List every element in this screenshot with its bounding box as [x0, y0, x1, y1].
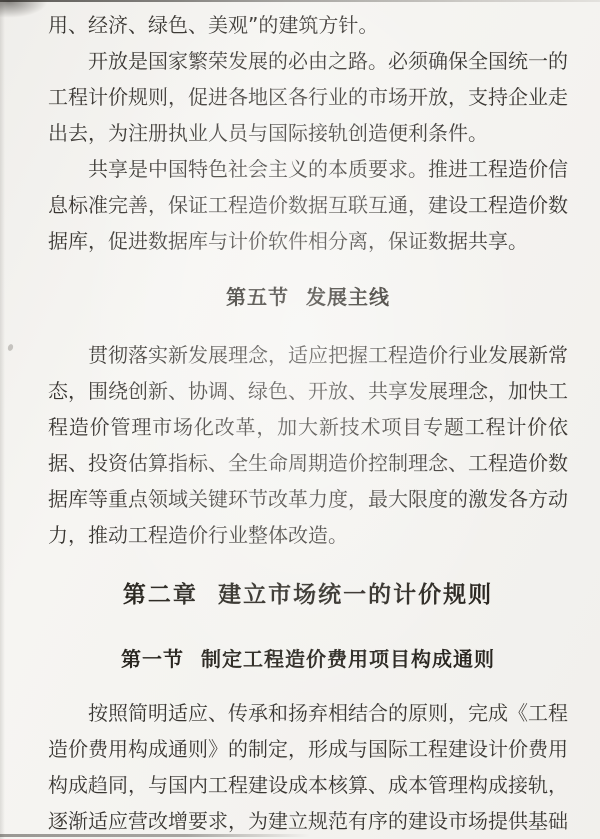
text-line: 共享是中国特色社会主义的本质要求。推进工程造价信: [48, 151, 568, 187]
text-line: 据、投资估算指标、全生命周期造价控制理念、工程造价数: [48, 445, 568, 481]
text-line: 逐渐适应营改增要求，为建立规范有序的建设市场提供基础: [48, 803, 568, 839]
text-line: 据库，促进数据库与计价软件相分离，保证数据共享。: [48, 223, 568, 259]
page-content: 用、经济、绿色、美观”的建筑方针。 开放是国家繁荣发展的必由之路。必须确保全国统…: [48, 0, 568, 839]
document-page: 用、经济、绿色、美观”的建筑方针。 开放是国家繁荣发展的必由之路。必须确保全国统…: [0, 0, 600, 839]
text-line: 造价费用构成通则》的制定，形成与国际工程建设计价费用: [48, 731, 568, 767]
scan-speck: [7, 343, 14, 351]
text-line: 态，围绕创新、协调、绿色、开放、共享发展理念，加快工: [48, 373, 568, 409]
text-line: 构成趋同，与国内工程建设成本核算、成本管理构成接轨，: [48, 767, 568, 803]
paragraph: 共享是中国特色社会主义的本质要求。推进工程造价信 息标准完善，保证工程造价数据互…: [48, 151, 568, 259]
heading-section-1: 第一节 制定工程造价费用项目构成通则: [48, 641, 568, 677]
heading-chapter-2: 第二章 建立市场统一的计价规则: [48, 575, 568, 615]
text-line: 贯彻落实新发展理念，适应把握工程造价行业发展新常: [48, 337, 568, 373]
text-line: 力，推动工程造价行业整体改造。: [48, 517, 568, 553]
text-line: 出去，为注册执业人员与国际接轨创造便利条件。: [48, 115, 568, 151]
paragraph: 按照简明适应、传承和扬弃相结合的原则，完成《工程 造价费用构成通则》的制定，形成…: [48, 695, 568, 839]
scan-edge-left: [0, 0, 5, 839]
text-line: 按照简明适应、传承和扬弃相结合的原则，完成《工程: [48, 695, 568, 731]
heading-section-5: 第五节 发展主线: [48, 279, 568, 315]
paragraph: 贯彻落实新发展理念，适应把握工程造价行业发展新常 态，围绕创新、协调、绿色、开放…: [48, 337, 568, 553]
scan-corner-smudge: [0, 0, 48, 18]
paragraph: 用、经济、绿色、美观”的建筑方针。: [48, 7, 568, 43]
text-line: 开放是国家繁荣发展的必由之路。必须确保全国统一的: [48, 43, 568, 79]
text-line: 程造价管理市场化改革，加大新技术项目专题工程计价依: [48, 409, 568, 445]
text-line: 据库等重点领域关键环节改革力度，最大限度的激发各方动: [48, 481, 568, 517]
text-line: 工程计价规则，促进各地区各行业的市场开放，支持企业走: [48, 79, 568, 115]
paragraph: 开放是国家繁荣发展的必由之路。必须确保全国统一的 工程计价规则，促进各地区各行业…: [48, 43, 568, 151]
text-line: 息标准完善，保证工程造价数据互联互通，建设工程造价数: [48, 187, 568, 223]
text-line: 用、经济、绿色、美观”的建筑方针。: [48, 7, 568, 43]
